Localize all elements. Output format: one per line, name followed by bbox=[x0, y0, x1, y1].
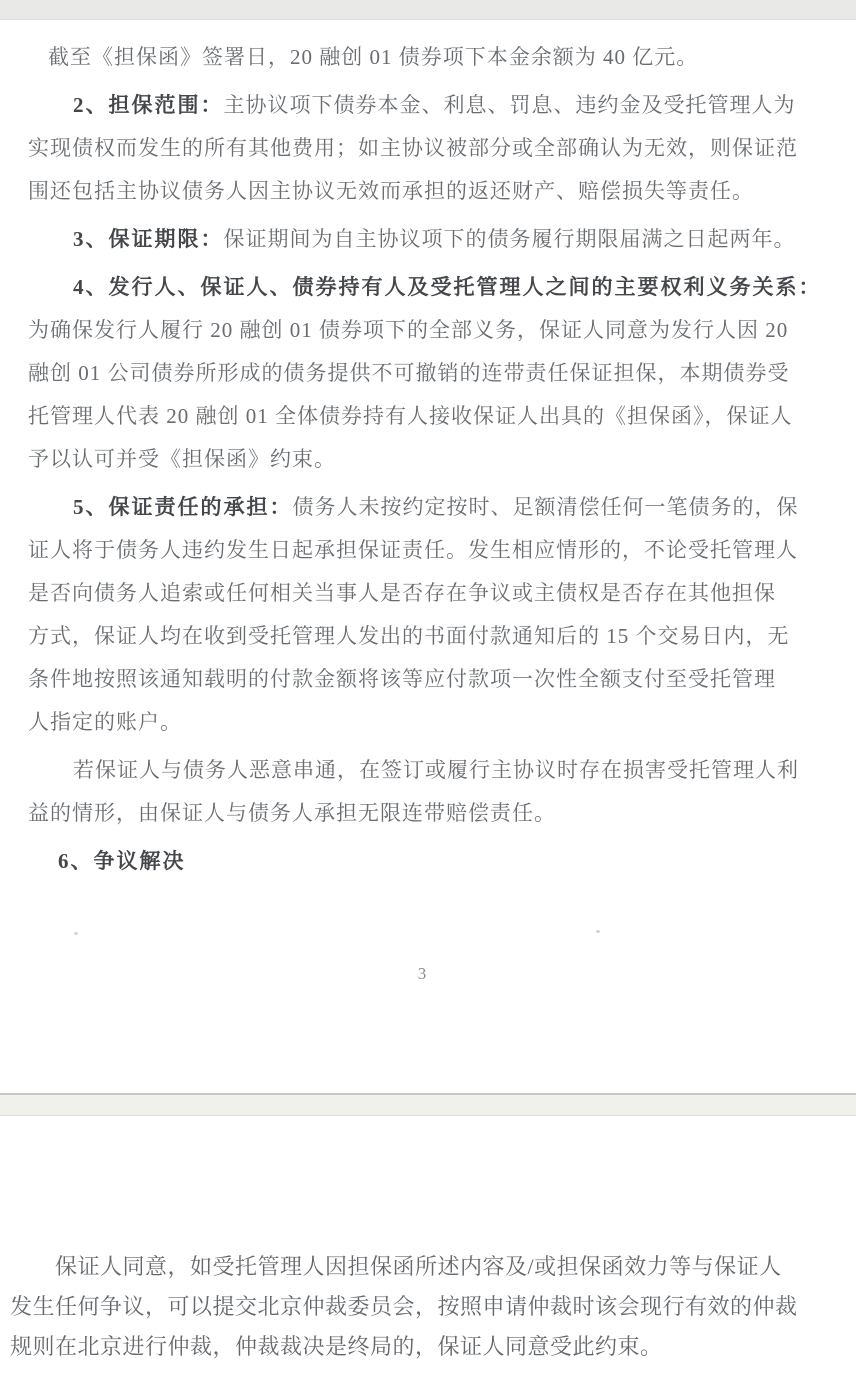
paragraph-carryover: 截至《担保函》签署日，20 融创 01 债券项下本金余额为 40 亿元。 bbox=[28, 36, 816, 79]
text-line: 3、保证期限：保证期间为自主协议项下的债务履行期限届满之日起两年。 bbox=[28, 218, 816, 261]
scan-dust-speck bbox=[596, 930, 600, 933]
text-line: 规则在北京进行仲裁，仲裁裁决是终局的，保证人同意受此约束。 bbox=[10, 1327, 826, 1367]
text-line: 条件地按照该通知载明的付款金额将该等应付款项一次性全额支付至受托管理 bbox=[28, 658, 816, 701]
document-page-3: 截至《担保函》签署日，20 融创 01 债券项下本金余额为 40 亿元。 2、担… bbox=[0, 20, 856, 1093]
scan-dust-speck bbox=[74, 932, 78, 935]
paragraph-dispute-resolution-heading: 6、争议解决 bbox=[28, 840, 816, 883]
text-line: 发生任何争议，可以提交北京仲裁委员会，按照申请仲裁时该会现行有效的仲裁 bbox=[10, 1287, 826, 1327]
page-number: 3 bbox=[28, 961, 816, 987]
text-line: 6、争议解决 bbox=[28, 840, 816, 883]
section-heading: 3、保证期限： bbox=[73, 227, 224, 251]
text-line: 融创 01 公司债券所形成的债务提供不可撤销的连带责任保证担保，本期债券受 bbox=[28, 352, 816, 395]
text-line: 益的情形，由保证人与债务人承担无限连带赔偿责任。 bbox=[28, 792, 816, 835]
text-line: 予以认可并受《担保函》约束。 bbox=[28, 438, 816, 481]
text-line: 截至《担保函》签署日，20 融创 01 债券项下本金余额为 40 亿元。 bbox=[28, 36, 816, 79]
text-line: 方式，保证人均在收到受托管理人发出的书面付款通知后的 15 个交易日内，无 bbox=[28, 615, 816, 658]
section-heading: 5、保证责任的承担： bbox=[73, 495, 293, 519]
paragraph-rights-obligations: 4、发行人、保证人、债券持有人及受托管理人之间的主要权利义务关系： 为确保发行人… bbox=[28, 266, 816, 481]
text-line: 4、发行人、保证人、债券持有人及受托管理人之间的主要权利义务关系： bbox=[28, 266, 816, 309]
section-heading: 2、担保范围： bbox=[73, 93, 224, 117]
text-line: 若保证人与债务人恶意串通，在签订或履行主协议时存在损害受托管理人利 bbox=[28, 749, 816, 792]
text-line: 5、保证责任的承担：债务人未按约定按时、足额清偿任何一笔债务的，保 bbox=[28, 486, 816, 529]
text-line: 为确保发行人履行 20 融创 01 债券项下的全部义务，保证人同意为发行人因 2… bbox=[28, 309, 816, 352]
paragraph-collusion-clause: 若保证人与债务人恶意串通，在签订或履行主协议时存在损害受托管理人利 益的情形，由… bbox=[28, 749, 816, 835]
text-line: 实现债权而发生的所有其他费用；如主协议被部分或全部确认为无效，则保证范 bbox=[28, 127, 816, 170]
text-line: 围还包括主协议债务人因主协议无效而承担的返还财产、赔偿损失等责任。 bbox=[28, 170, 816, 213]
viewer-chrome-strip bbox=[0, 0, 856, 20]
page-break-separator bbox=[0, 1093, 856, 1116]
text-line: 人指定的账户。 bbox=[28, 701, 816, 744]
paragraph-arbitration: 保证人同意，如受托管理人因担保函所述内容及/或担保函效力等与保证人 发生任何争议… bbox=[10, 1247, 826, 1367]
document-page-4: 保证人同意，如受托管理人因担保函所述内容及/或担保函效力等与保证人 发生任何争议… bbox=[0, 1116, 856, 1391]
text-line: 保证人同意，如受托管理人因担保函所述内容及/或担保函效力等与保证人 bbox=[10, 1247, 826, 1287]
document-viewer: 截至《担保函》签署日，20 融创 01 债券项下本金余额为 40 亿元。 2、担… bbox=[0, 0, 856, 1391]
text-line: 证人将于债务人违约发生日起承担保证责任。发生相应情形的，不论受托管理人 bbox=[28, 529, 816, 572]
text-line: 是否向债务人追索或任何相关当事人是否存在争议或主债权是否存在其他担保 bbox=[28, 572, 816, 615]
text-line: 2、担保范围：主协议项下债券本金、利息、罚息、违约金及受托管理人为 bbox=[28, 84, 816, 127]
paragraph-guarantee-liability: 5、保证责任的承担：债务人未按约定按时、足额清偿任何一笔债务的，保 证人将于债务… bbox=[28, 486, 816, 744]
section-heading: 6、争议解决 bbox=[58, 849, 186, 873]
paragraph-guarantee-period: 3、保证期限：保证期间为自主协议项下的债务履行期限届满之日起两年。 bbox=[28, 218, 816, 261]
section-heading: 4、发行人、保证人、债券持有人及受托管理人之间的主要权利义务关系： bbox=[73, 275, 822, 299]
paragraph-guarantee-scope: 2、担保范围：主协议项下债券本金、利息、罚息、违约金及受托管理人为 实现债权而发… bbox=[28, 84, 816, 213]
text-line: 托管理人代表 20 融创 01 全体债券持有人接收保证人出具的《担保函》，保证人 bbox=[28, 395, 816, 438]
